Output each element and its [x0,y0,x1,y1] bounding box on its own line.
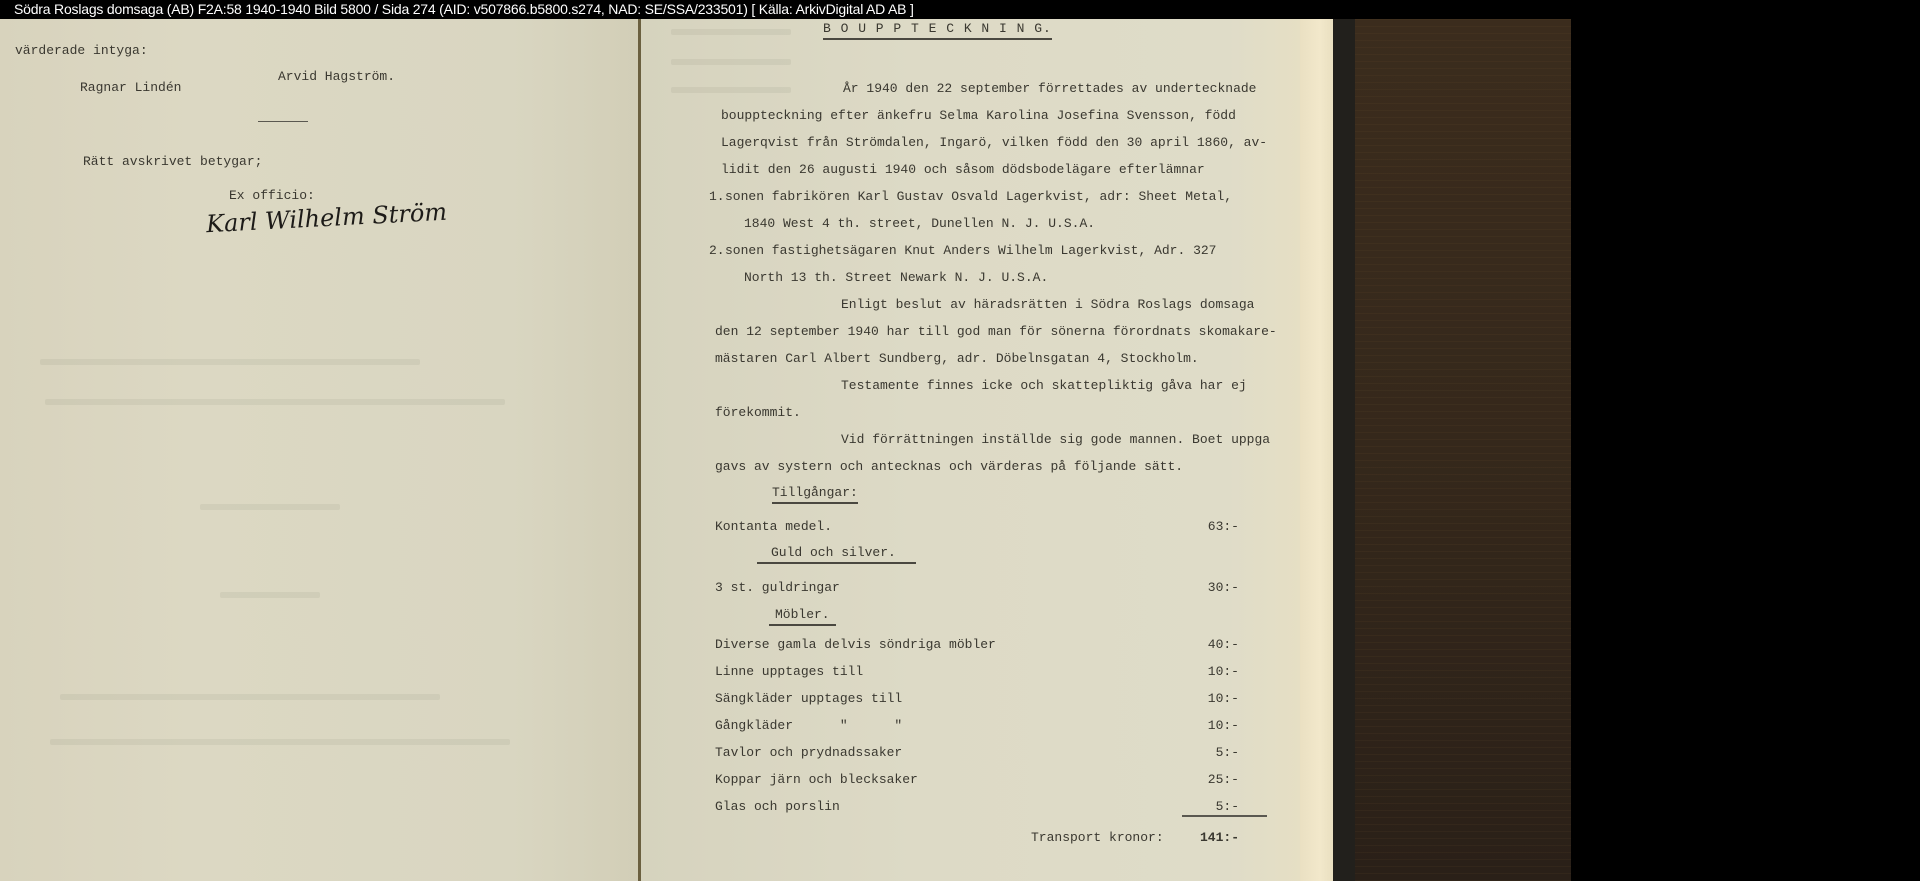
paragraph-line: mästaren Carl Albert Sundberg, adr. Döbe… [715,351,1199,366]
asset-label: Tavlor och prydnadssaker [715,745,902,760]
paragraph-line: Lagerqvist från Strömdalen, Ingarö, vilk… [721,135,1267,150]
asset-label: Linne upptages till [715,664,863,679]
asset-label: Kontanta medel. [715,519,832,534]
section-heading: Möbler. [769,607,836,626]
witness-name: Arvid Hagström. [278,69,395,84]
asset-amount: 63:- [1179,519,1239,534]
asset-label: Glas och porslin [715,799,840,814]
heir-line: sonen fastighetsägaren Knut Anders Wilhe… [725,243,1216,258]
bleed-through-text [220,592,320,598]
right-page: B O U P P T E C K N I N G. År 1940 den 2… [641,19,1331,881]
paragraph-line: Vid förrättningen inställde sig gode man… [841,432,1270,447]
asset-amount: 40:- [1179,637,1239,652]
asset-amount: 25:- [1179,772,1239,787]
asset-label: Sängkläder upptages till [715,691,902,706]
paragraph-line: gavs av systern och antecknas och värder… [715,459,1183,474]
bleed-through-text [45,399,505,405]
heir-number: 2. [709,243,725,258]
paragraph-line: År 1940 den 22 september förrettades av … [843,81,1256,96]
asset-amount: 10:- [1179,691,1239,706]
asset-label: 3 st. guldringar [715,580,840,595]
divider-rule [258,121,308,122]
archive-title: Södra Roslags domsaga (AB) F2A:58 1940-1… [14,1,914,17]
asset-label: Diverse gamla delvis söndriga möbler [715,637,996,652]
archive-title-bar: Södra Roslags domsaga (AB) F2A:58 1940-1… [0,0,1004,19]
sum-rule [1182,815,1267,817]
asset-amount: 10:- [1179,664,1239,679]
asset-amount: 10:- [1179,718,1239,733]
paragraph-line: den 12 september 1940 har till god man f… [715,324,1277,339]
section-heading: Guld och silver. [757,545,916,564]
book-cover [1355,19,1571,881]
heir-line: 1840 West 4 th. street, Dunellen N. J. U… [744,216,1095,231]
transport-amount: 141:- [1179,830,1239,845]
certification-text: Rätt avskrivet betygar; [83,154,262,169]
paragraph-line: Testamente finnes icke och skattepliktig… [841,378,1247,393]
assets-heading: Tillgångar: [772,485,858,504]
asset-label: Gångkläder " " [715,718,902,733]
asset-amount: 5:- [1179,745,1239,760]
document-scan[interactable]: värderade intyga: Ragnar Lindén Arvid Ha… [0,19,1571,881]
bleed-through-text [200,504,340,510]
asset-amount: 5:- [1179,799,1239,814]
paragraph-line: bouppteckning efter änkefru Selma Karoli… [721,108,1236,123]
bleed-through-text [671,59,791,65]
bleed-through-text [50,739,510,745]
bleed-through-text [60,694,440,700]
handwritten-signature: Karl Wilhelm Ström [205,198,447,239]
paragraph-line: Enligt beslut av häradsrätten i Södra Ro… [841,297,1254,312]
bleed-through-text [671,87,791,93]
ex-officio-label: Ex officio: [229,188,315,203]
heir-line: North 13 th. Street Newark N. J. U.S.A. [744,270,1048,285]
heir-line: sonen fabrikören Karl Gustav Osvald Lage… [725,189,1232,204]
heir-number: 1. [709,189,725,204]
bleed-through-text [40,359,420,365]
asset-amount: 30:- [1179,580,1239,595]
paragraph-line: lidit den 26 augusti 1940 och såsom döds… [721,162,1205,177]
transport-label: Transport kronor: [1031,830,1164,845]
witness-name: Ragnar Lindén [80,80,181,95]
left-page: värderade intyga: Ragnar Lindén Arvid Ha… [0,19,640,881]
asset-label: Koppar järn och blecksaker [715,772,918,787]
intro-text: värderade intyga: [15,43,148,58]
page-edge-stack [1300,19,1333,881]
document-heading: B O U P P T E C K N I N G. [823,21,1052,40]
bleed-through-text [671,29,791,35]
paragraph-line: förekommit. [715,405,801,420]
book-spine [1333,19,1355,881]
